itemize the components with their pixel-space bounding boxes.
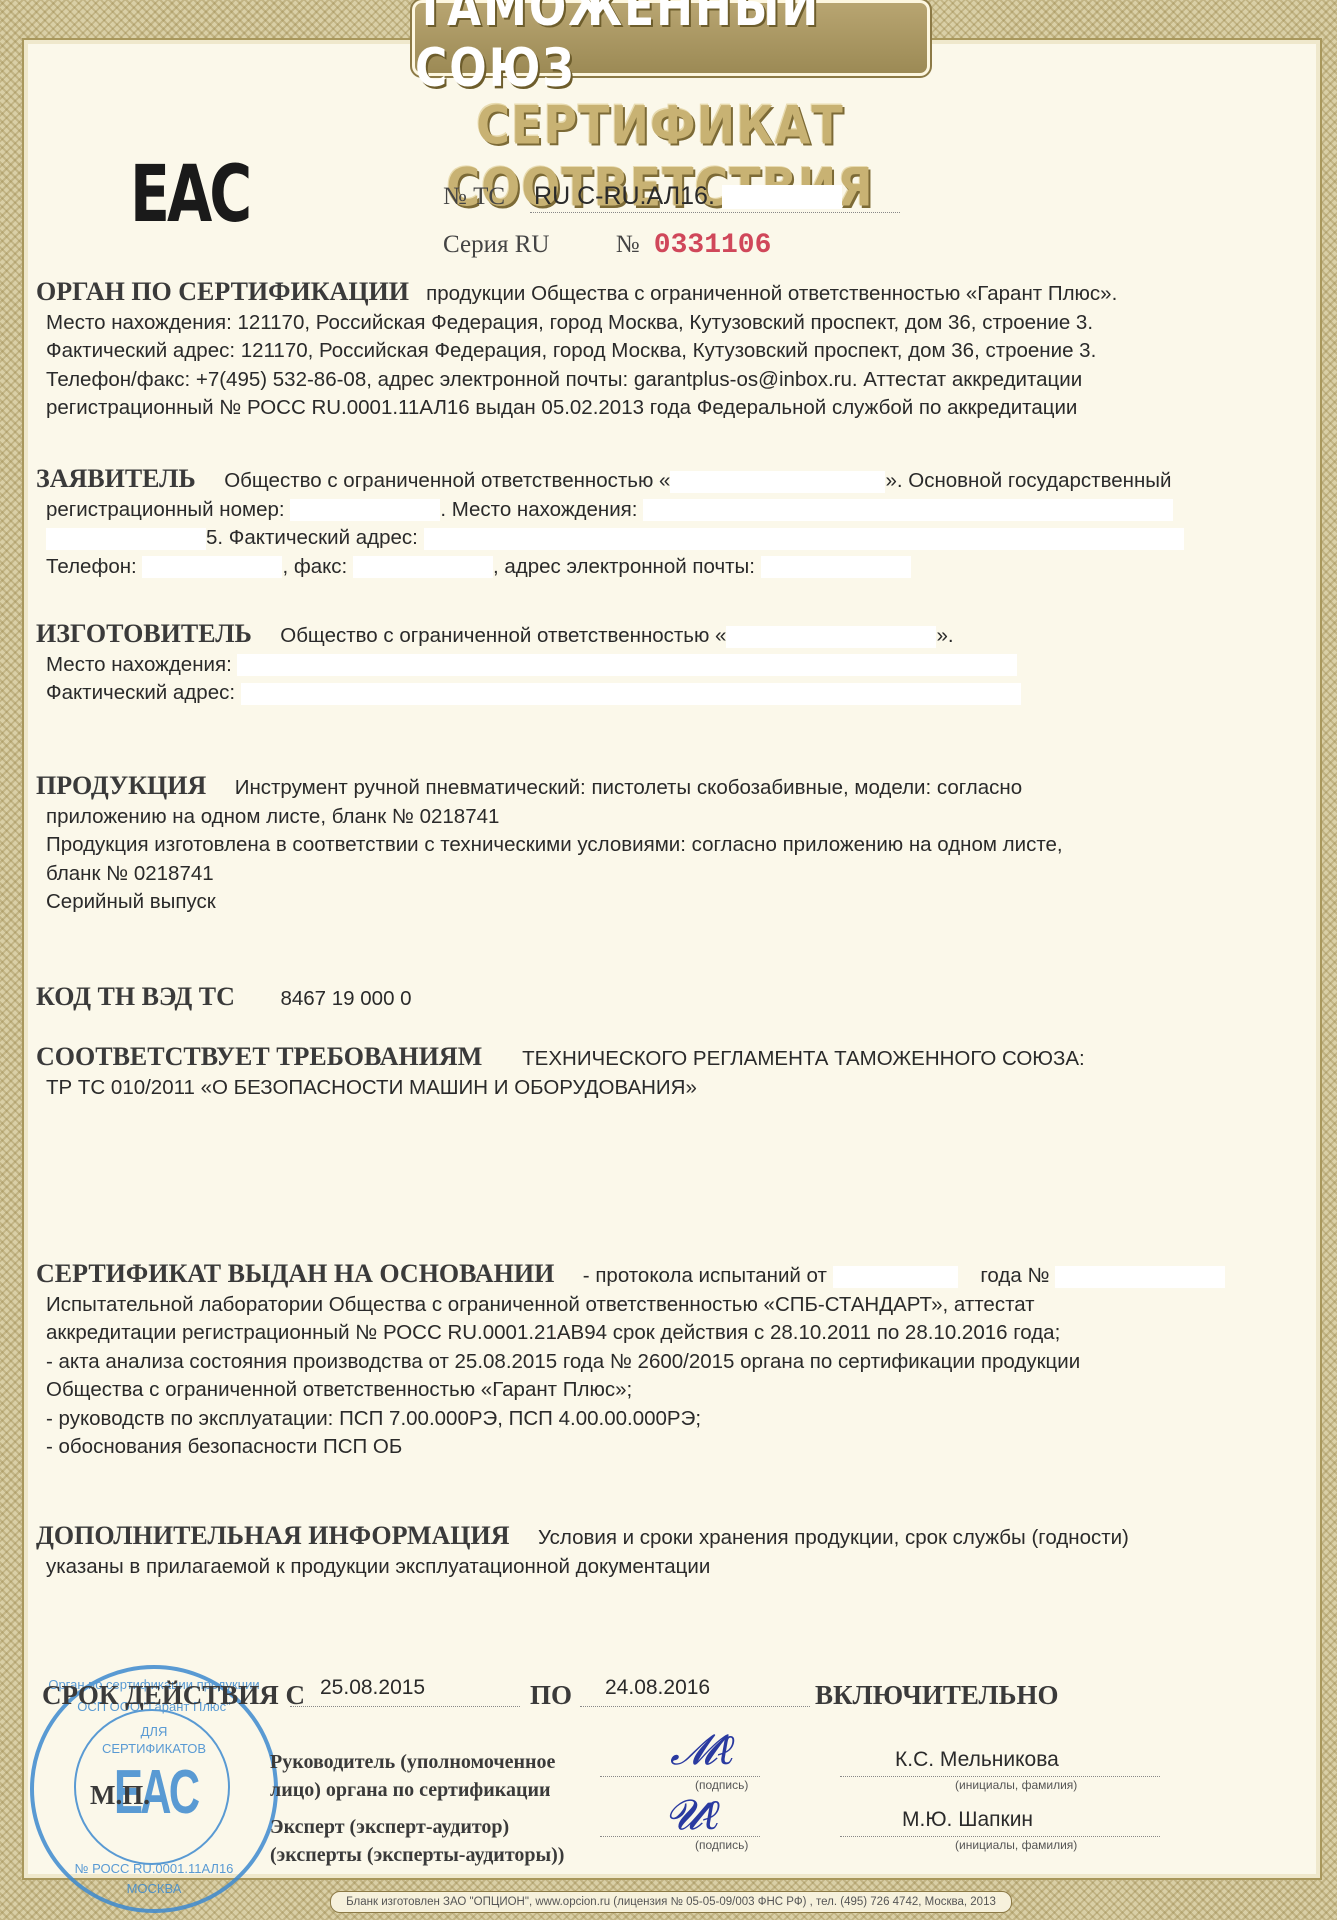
section-heading: СЕРТИФИКАТ ВЫДАН НА ОСНОВАНИИ [36, 1259, 554, 1288]
basis-text: - протокола испытаний от [583, 1264, 827, 1287]
additional-text: указаны в прилагаемой к продукции эксплу… [36, 1553, 1276, 1582]
redacted-block [761, 556, 911, 578]
basis-text: Общества с ограниченной ответственностью… [36, 1376, 1276, 1405]
number-label: № [616, 231, 640, 258]
basis-text: Испытательной лаборатории Общества с огр… [36, 1291, 1276, 1320]
basis-text: аккредитации регистрационный № РОСС RU.0… [36, 1319, 1276, 1348]
name-caption: (инициалы, фамилия) [955, 1778, 1077, 1792]
additional-text: Условия и сроки хранения продукции, срок… [538, 1526, 1129, 1549]
underline [600, 1836, 760, 1837]
redacted-block [1055, 1266, 1225, 1288]
conformity-text: ТЕХНИЧЕСКОГО РЕГЛАМЕНТА ТАМОЖЕННОГО СОЮЗ… [522, 1047, 1085, 1070]
head-signature: 𝓜ℓ [670, 1725, 735, 1775]
section-heading: ЗАЯВИТЕЛЬ [36, 464, 196, 493]
applicant-text: . Место нахождения: [440, 498, 637, 521]
underline [840, 1836, 1160, 1837]
redacted-block [142, 556, 282, 578]
serial-number: 0331106 [654, 230, 772, 261]
section-heading: КОД ТН ВЭД ТС [36, 982, 235, 1011]
name-caption: (инициалы, фамилия) [955, 1838, 1077, 1852]
underline [840, 1776, 1160, 1777]
conformity-section: СООТВЕТСТВУЕТ ТРЕБОВАНИЯМ ТЕХНИЧЕСКОГО Р… [36, 1043, 1276, 1102]
section-heading: ПРОДУКЦИЯ [36, 771, 206, 800]
cb-line: продукции Общества с ограниченной ответс… [426, 282, 1117, 305]
inclusive-label: ВКЛЮЧИТЕЛЬНО [815, 1680, 1059, 1711]
applicant-text: 5. Фактический адрес: [206, 526, 418, 549]
redacted-block [237, 654, 1017, 676]
redacted-block [670, 471, 885, 493]
redacted-block [726, 626, 936, 648]
cb-line: Телефон/факс: +7(495) 532-86-08, адрес э… [36, 366, 1276, 395]
underline [600, 1776, 760, 1777]
signatory-label-line: (эксперты (эксперты-аудиторы)) [270, 1841, 564, 1869]
product-text: бланк № 0218741 [36, 860, 1276, 889]
manufacturer-text: Общество с ограниченной ответственностью… [280, 624, 726, 647]
validity-from-date: 25.08.2015 [320, 1676, 425, 1700]
cert-no-value: RU C-RU.АЛ16. [534, 182, 715, 210]
product-text: приложению на одном листе, бланк № 02187… [36, 803, 1276, 832]
redacted-block [722, 185, 842, 209]
redacted-block [833, 1266, 958, 1288]
series-number: Серия RU № 0331106 [443, 230, 771, 261]
product-text: Инструмент ручной пневматический: пистол… [235, 776, 1022, 799]
applicant-text: Общество с ограниченной ответственностью… [224, 469, 670, 492]
additional-info-section: ДОПОЛНИТЕЛЬНАЯ ИНФОРМАЦИЯ Условия и срок… [36, 1522, 1276, 1581]
applicant-section: ЗАЯВИТЕЛЬ Общество с ограниченной ответс… [36, 465, 1276, 581]
redacted-block [290, 499, 440, 521]
stamp-text: СЕРТИФИКАТОВ [34, 1741, 274, 1756]
section-heading: СООТВЕТСТВУЕТ ТРЕБОВАНИЯМ [36, 1042, 482, 1071]
signatory-label-line: Эксперт (эксперт-аудитор) [270, 1813, 564, 1841]
section-heading: ИЗГОТОВИТЕЛЬ [36, 619, 252, 648]
redacted-block [353, 556, 493, 578]
signatory-label-line: Руководитель (уполномоченное [270, 1748, 555, 1776]
form-printer-footer: Бланк изготовлен ЗАО "ОПЦИОН", www.opcio… [330, 1891, 1012, 1913]
basis-section: СЕРТИФИКАТ ВЫДАН НА ОСНОВАНИИ - протокол… [36, 1260, 1276, 1462]
expert-signature: 𝓤ℓ [665, 1790, 720, 1840]
product-text: Серийный выпуск [36, 888, 1276, 917]
section-heading: ДОПОЛНИТЕЛЬНАЯ ИНФОРМАЦИЯ [36, 1521, 510, 1550]
cb-line: регистрационный № РОСС RU.0001.11АЛ16 вы… [36, 394, 1276, 423]
validity-from-label: СРОК ДЕЙСТВИЯ С [42, 1680, 305, 1711]
head-name: К.С. Мельникова [895, 1748, 1059, 1772]
stamp-text: МОСКВА [34, 1881, 274, 1896]
expert-signatory-label: Эксперт (эксперт-аудитор) (эксперты (экс… [270, 1813, 564, 1869]
applicant-text: ». Основной государственный [885, 469, 1171, 492]
manufacturer-text: Фактический адрес: [46, 681, 235, 704]
cb-line: Место нахождения: 121170, Российская Фед… [36, 309, 1276, 338]
series-label: Серия RU [443, 231, 549, 258]
certification-body-section: ОРГАН ПО СЕРТИФИКАЦИИ продукции Общества… [36, 278, 1276, 423]
validity-to-label: ПО [530, 1680, 572, 1711]
applicant-text: , факс: [282, 555, 347, 578]
product-section: ПРОДУКЦИЯ Инструмент ручной пневматическ… [36, 772, 1276, 917]
banner-text: ТАМОЖЕННЫЙ СОЮЗ [415, 0, 927, 99]
underline [580, 1706, 810, 1707]
eac-logo-icon: EAC [130, 150, 249, 240]
head-signatory-label: Руководитель (уполномоченное лицо) орган… [270, 1748, 555, 1804]
conformity-text: ТР ТС 010/2011 «О БЕЗОПАСНОСТИ МАШИН И О… [36, 1074, 1276, 1103]
cert-no-label: № ТС [443, 183, 505, 210]
redacted-block [643, 499, 1173, 521]
cb-line: Фактический адрес: 121170, Российская Фе… [36, 337, 1276, 366]
signature-caption: (подпись) [695, 1838, 748, 1852]
applicant-text: , адрес электронной почты: [493, 555, 755, 578]
stamp-text: № РОСС RU.0001.11АЛ16 [34, 1861, 274, 1876]
manufacturer-section: ИЗГОТОВИТЕЛЬ Общество с ограниченной отв… [36, 620, 1276, 708]
manufacturer-text: Место нахождения: [46, 653, 232, 676]
underline [290, 1706, 520, 1707]
section-heading: ОРГАН ПО СЕРТИФИКАЦИИ [36, 277, 409, 306]
tn-ved-code: 8467 19 000 0 [280, 987, 411, 1010]
basis-text: - акта анализа состояния производства от… [36, 1348, 1276, 1377]
basis-text: - руководств по эксплуатации: ПСП 7.00.0… [36, 1405, 1276, 1434]
customs-union-banner: ТАМОЖЕННЫЙ СОЮЗ [412, 0, 930, 76]
expert-name: М.Ю. Шапкин [902, 1808, 1033, 1832]
basis-text: года № [980, 1264, 1049, 1287]
product-text: Продукция изготовлена в соответствии с т… [36, 831, 1276, 860]
applicant-text: регистрационный номер: [46, 498, 285, 521]
signatory-label-line: лицо) органа по сертификации [270, 1776, 555, 1804]
redacted-block [241, 683, 1021, 705]
tn-ved-section: КОД ТН ВЭД ТС 8467 19 000 0 [36, 983, 1276, 1014]
redacted-block [46, 528, 206, 550]
applicant-text: Телефон: [46, 555, 137, 578]
validity-to-date: 24.08.2016 [605, 1676, 710, 1700]
seal-place-label: М.П. [90, 1780, 150, 1811]
redacted-block [424, 528, 1184, 550]
manufacturer-text: ». [936, 624, 953, 647]
basis-text: - обоснования безопасности ПСП ОБ [36, 1433, 1276, 1462]
underline [530, 212, 900, 213]
certificate-number: № ТС RU C-RU.АЛ16. [443, 182, 842, 211]
stamp-text: ДЛЯ [34, 1724, 274, 1739]
